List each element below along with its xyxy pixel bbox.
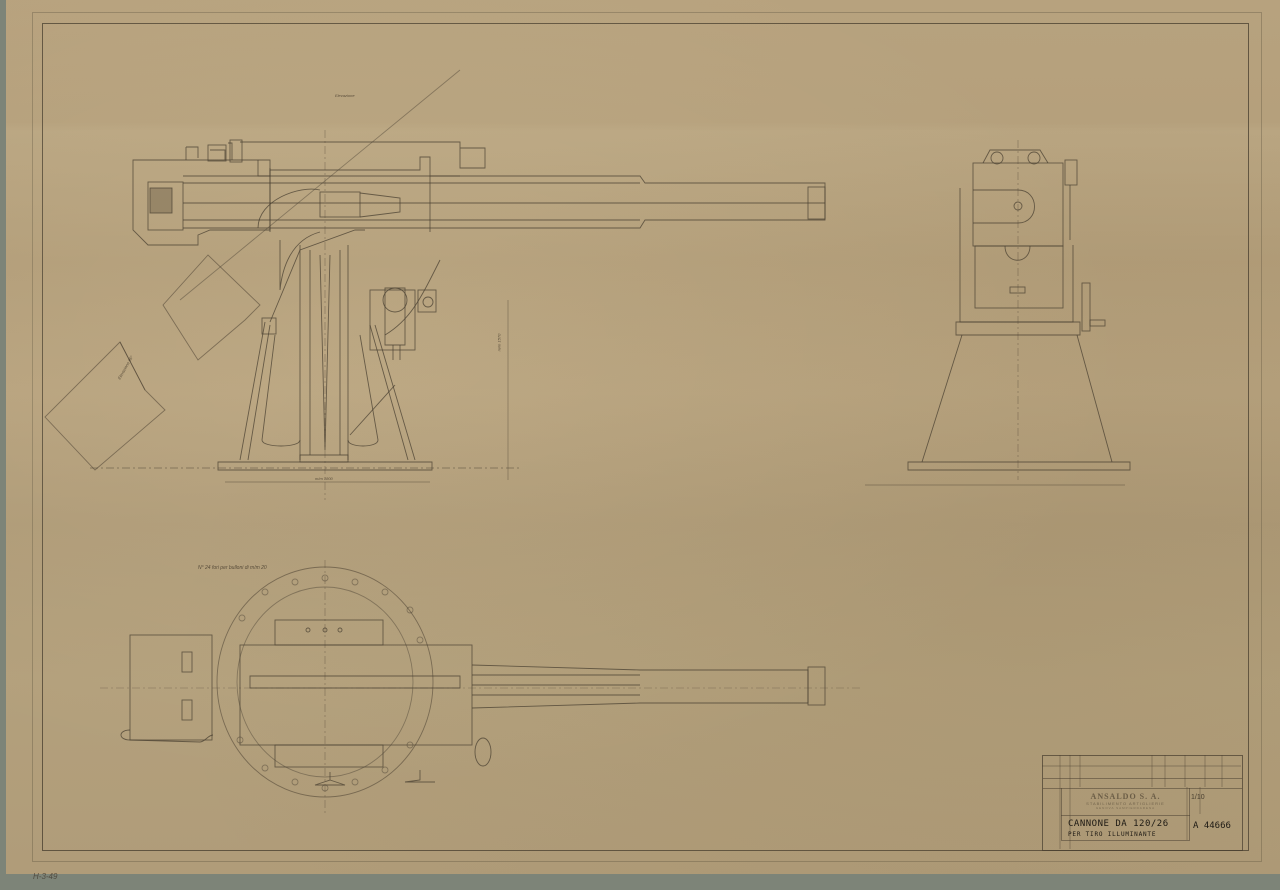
drawing-title-block: CANNONE DA 120/26 PER TIRO ILLUMINANTE — [1061, 815, 1190, 841]
company-block: ANSALDO S. A. STABILIMENTO ARTIGLIERIE G… — [1061, 788, 1190, 816]
scale-value: 1/10 — [1191, 794, 1205, 801]
scale-block: 1/10 — [1188, 788, 1242, 815]
height-dimension: m/m 1570 — [496, 334, 501, 352]
company-location: GENOVA SAMPIERDARENA — [1062, 806, 1189, 810]
front-elevation-view — [865, 140, 1130, 485]
title-block: ANSALDO S. A. STABILIMENTO ARTIGLIERIE G… — [1042, 755, 1243, 851]
drawing-title: CANNONE DA 120/26 — [1068, 819, 1169, 829]
drawing-number-block: A 44666 — [1188, 815, 1242, 840]
title-block-footer — [1061, 840, 1188, 849]
plan-view — [100, 560, 860, 815]
margin-reference: H-3-49 — [33, 872, 57, 881]
company-name: ANSALDO S. A. — [1062, 792, 1189, 801]
drawing-subtitle: PER TIRO ILLUMINANTE — [1068, 831, 1156, 838]
top-note: Elevazione — [335, 93, 355, 98]
drawing-number: A 44666 — [1193, 821, 1231, 831]
base-dimension: m/m 1800 — [315, 476, 333, 481]
revisions-table — [1043, 756, 1242, 779]
bolt-note: N° 24 fori per bulloni di m/m 20 — [198, 565, 267, 571]
side-elevation-view — [45, 70, 825, 500]
